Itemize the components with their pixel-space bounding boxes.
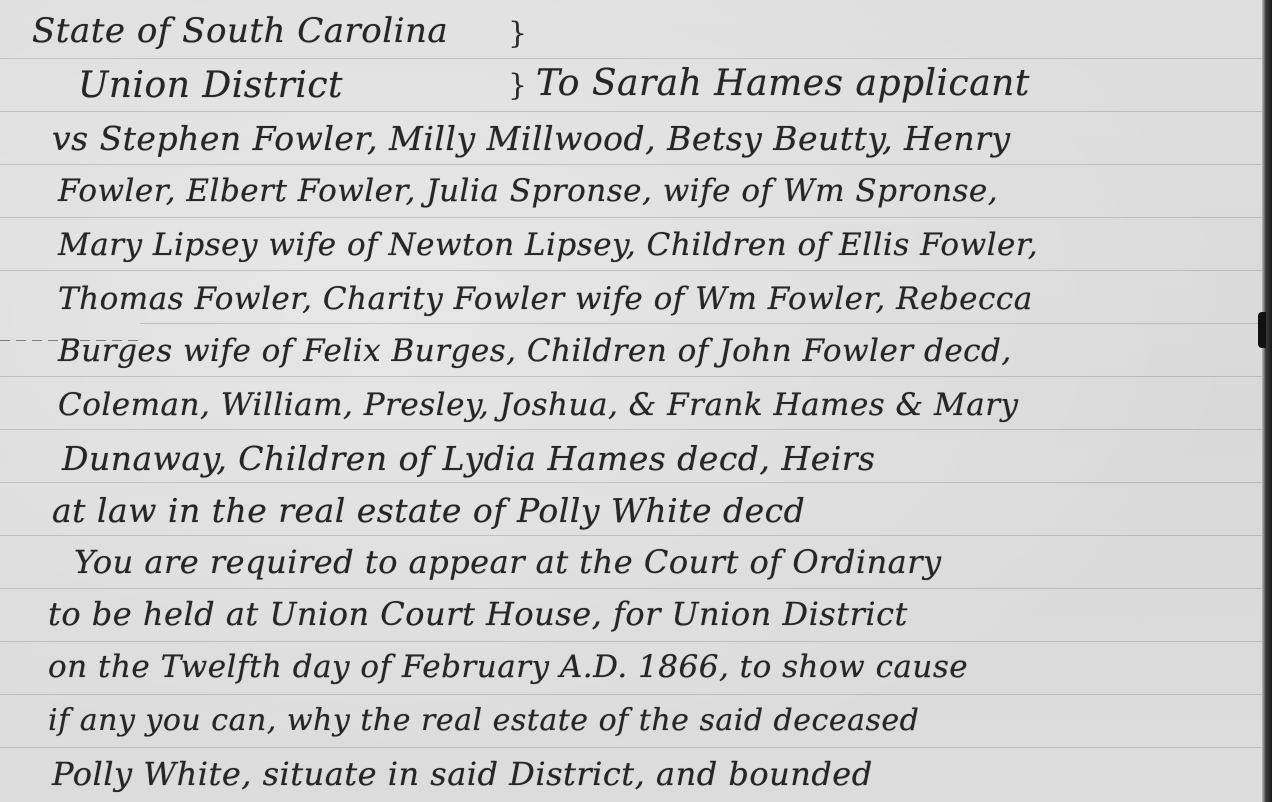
text-line-2: vs Stephen Fowler, Milly Millwood, Betsy…	[52, 122, 1011, 155]
text-line-4: Mary Lipsey wife of Newton Lipsey, Child…	[58, 230, 1038, 261]
text-line-7: Coleman, William, Presley, Joshua, & Fra…	[58, 390, 1019, 421]
ruled-line	[0, 376, 1262, 377]
text-line-12: on the Twelfth day of February A.D. 1866…	[48, 652, 968, 683]
ruled-line	[0, 482, 1262, 483]
brace-bottom: }	[508, 68, 527, 103]
text-line-11: to be held at Union Court House, for Uni…	[48, 598, 908, 630]
ruled-line	[0, 747, 1262, 748]
page-edge-notch	[1258, 312, 1266, 348]
text-line-9: at law in the real estate of Polly White…	[52, 494, 805, 527]
text-line-3: Fowler, Elbert Fowler, Julia Spronse, wi…	[58, 176, 998, 207]
ruled-line	[140, 323, 1262, 324]
ruled-line	[0, 58, 1262, 59]
text-line-8: Dunaway, Children of Lydia Hames decd, H…	[62, 442, 875, 475]
brace-top: }	[508, 16, 527, 51]
ruled-line	[0, 217, 1262, 218]
text-line-13: if any you can, why the real estate of t…	[48, 706, 919, 736]
ruled-line	[0, 111, 1262, 112]
ruled-line	[0, 164, 1262, 165]
page-binding-edge	[1262, 0, 1272, 802]
text-line-1: To Sarah Hames applicant	[536, 66, 1030, 102]
ruled-line	[0, 429, 1262, 430]
ruled-line	[0, 694, 1262, 695]
text-line-14: Polly White, situate in said District, a…	[52, 758, 873, 790]
ruled-line	[0, 270, 1262, 271]
header-district: Union District	[78, 68, 343, 104]
ruled-line	[0, 641, 1262, 642]
header-state: State of South Carolina	[32, 14, 448, 48]
text-line-5: Thomas Fowler, Charity Fowler wife of Wm…	[58, 284, 1033, 315]
ruled-line	[0, 535, 1262, 536]
text-line-10: You are required to appear at the Court …	[74, 546, 942, 578]
document-page: State of South Carolina } Union District…	[0, 0, 1262, 802]
ruled-line	[0, 588, 1262, 589]
text-line-6: Burges wife of Felix Burges, Children of…	[58, 336, 1012, 367]
